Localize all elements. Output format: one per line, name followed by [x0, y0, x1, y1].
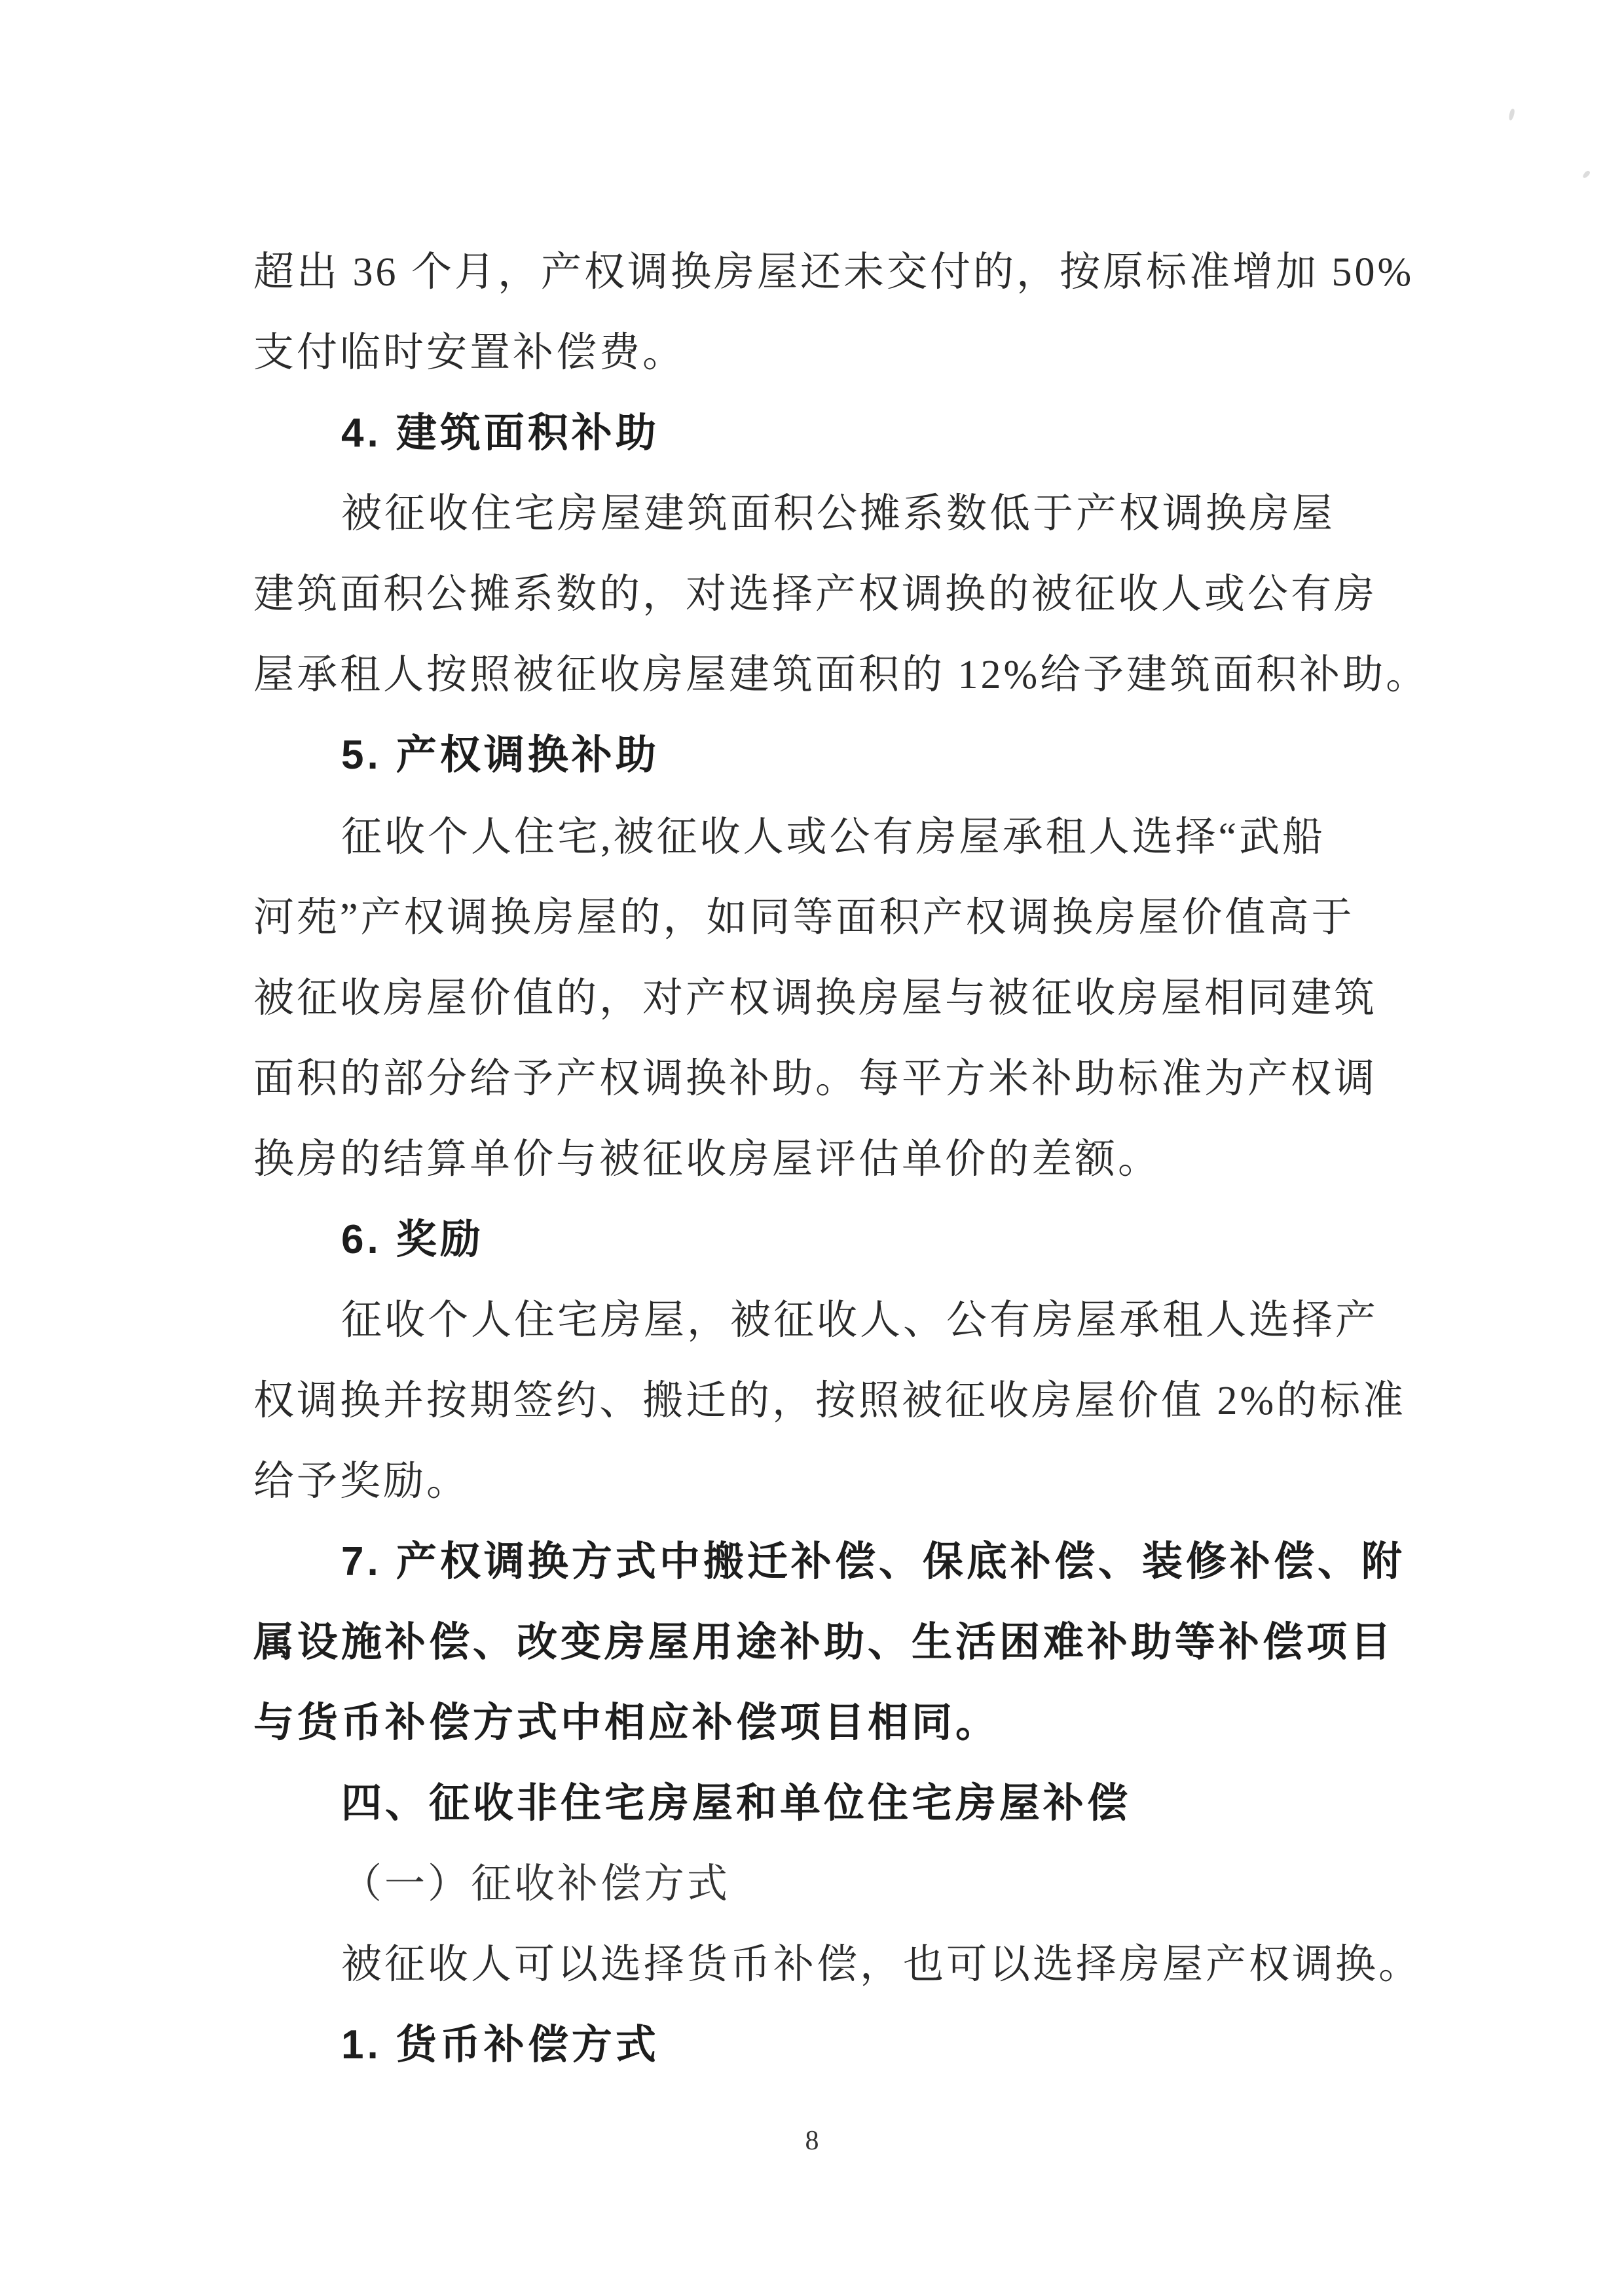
scan-speck — [1508, 108, 1515, 120]
heading-item-1-monetary: 1. 货币补偿方式 — [341, 2025, 659, 2066]
page-number: 8 — [0, 2125, 1624, 2157]
scan-speck — [1582, 170, 1591, 179]
paragraph-line: 面积的部分给予产权调换补助。每平方米补助标准为产权调 — [253, 1059, 1377, 1099]
heading-item-4: 4. 建筑面积补助 — [341, 413, 659, 454]
paragraph-line: 权调换并按期签约、搬迁的，按照被征收房屋价值 2%的标准 — [253, 1381, 1406, 1421]
paragraph-line: 河苑”产权调换房屋的，如同等面积产权调换房屋价值高于 — [253, 898, 1355, 938]
heading-section-4: 四、征收非住宅房屋和单位住宅房屋补偿 — [341, 1783, 1131, 1824]
paragraph-line: 征收个人住宅房屋，被征收人、公有房屋承租人选择产 — [341, 1300, 1378, 1341]
paragraph-line: 换房的结算单价与被征收房屋评估单价的差额。 — [253, 1139, 1161, 1180]
paragraph-line: 被征收住宅房屋建筑面积公摊系数低于产权调换房屋 — [341, 494, 1335, 534]
heading-item-7: 7. 产权调换方式中搬迁补偿、保底补偿、装修补偿、附 — [341, 1542, 1405, 1582]
heading-item-5: 5. 产权调换补助 — [341, 735, 659, 776]
paragraph-line-bold: 属设施补偿、改变房屋用途补助、生活困难补助等补偿项目 — [253, 1622, 1394, 1663]
paragraph-line: 超出 36 个月，产权调换房屋还未交付的，按原标准增加 50% — [253, 252, 1414, 293]
paragraph-line: 给予奖励。 — [253, 1461, 470, 1502]
document-page: 超出 36 个月，产权调换房屋还未交付的，按原标准增加 50% 支付临时安置补偿… — [0, 0, 1624, 2296]
paragraph-line-bold: 与货币补偿方式中相应补偿项目相同。 — [253, 1703, 999, 1743]
paragraph-line: 屋承租人按照被征收房屋建筑面积的 12%给予建筑面积补助。 — [253, 655, 1429, 695]
paragraph-line: 征收个人住宅,被征收人或公有房屋承租人选择“武船 — [341, 817, 1325, 858]
subheading-compensation-method: （一）征收补偿方式 — [341, 1864, 730, 1904]
paragraph-line: 被征收人可以选择货币补偿，也可以选择房屋产权调换。 — [341, 1944, 1422, 1985]
paragraph-line: 被征收房屋价值的，对产权调换房屋与被征收房屋相同建筑 — [253, 978, 1377, 1019]
paragraph-line: 支付临时安置补偿费。 — [253, 333, 686, 373]
paragraph-line: 建筑面积公摊系数的，对选择产权调换的被征收人或公有房 — [253, 574, 1377, 615]
heading-item-6: 6. 奖励 — [341, 1220, 484, 1260]
